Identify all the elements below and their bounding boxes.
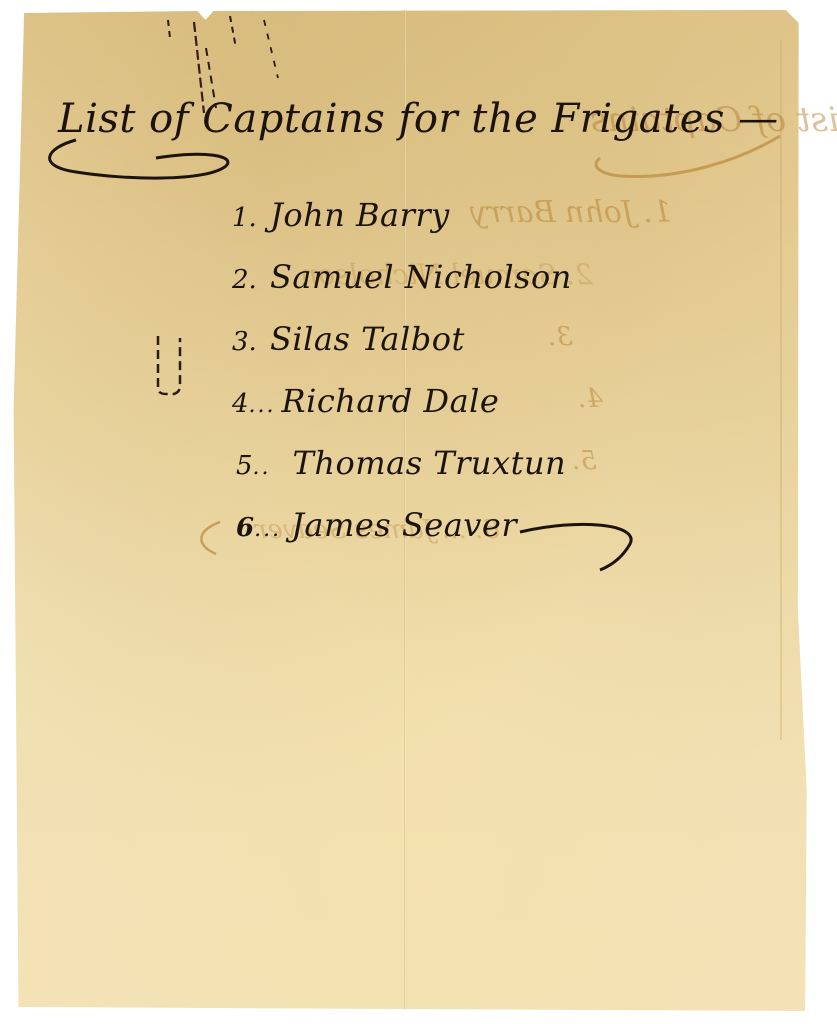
entry-separator: ... [249,393,276,418]
ink-bracket-mark [150,330,186,404]
entry-number: 2. [232,265,264,295]
entry-name: Thomas Truxtun [293,444,567,482]
entry-number: 1. [232,203,264,233]
list-item: 1. John Barry [232,196,572,258]
title-flourish [36,120,256,190]
entry-separator: .. [253,455,271,480]
list-item: 5 .. Thomas Truxtun [236,444,572,506]
entry-number: 5 [236,451,253,481]
entry-name: Samuel Nicholson [270,258,572,296]
entry-name: John Barry [270,196,450,234]
entry-number: 4 [232,389,249,419]
list-item: 4 ... Richard Dale [232,382,572,444]
bleed-through-entry-5: 5. [572,446,597,476]
entry-number: 3. [232,327,264,357]
entry-name: Silas Talbot [270,320,465,358]
entry-name: Richard Dale [282,382,500,420]
list-item: 3. Silas Talbot [232,320,572,382]
title-trailing-dash: — [738,96,779,142]
closing-flourish [190,510,650,580]
list-item: 2. Samuel Nicholson [232,258,572,320]
bleed-through-entry-4: 4. [578,384,603,414]
